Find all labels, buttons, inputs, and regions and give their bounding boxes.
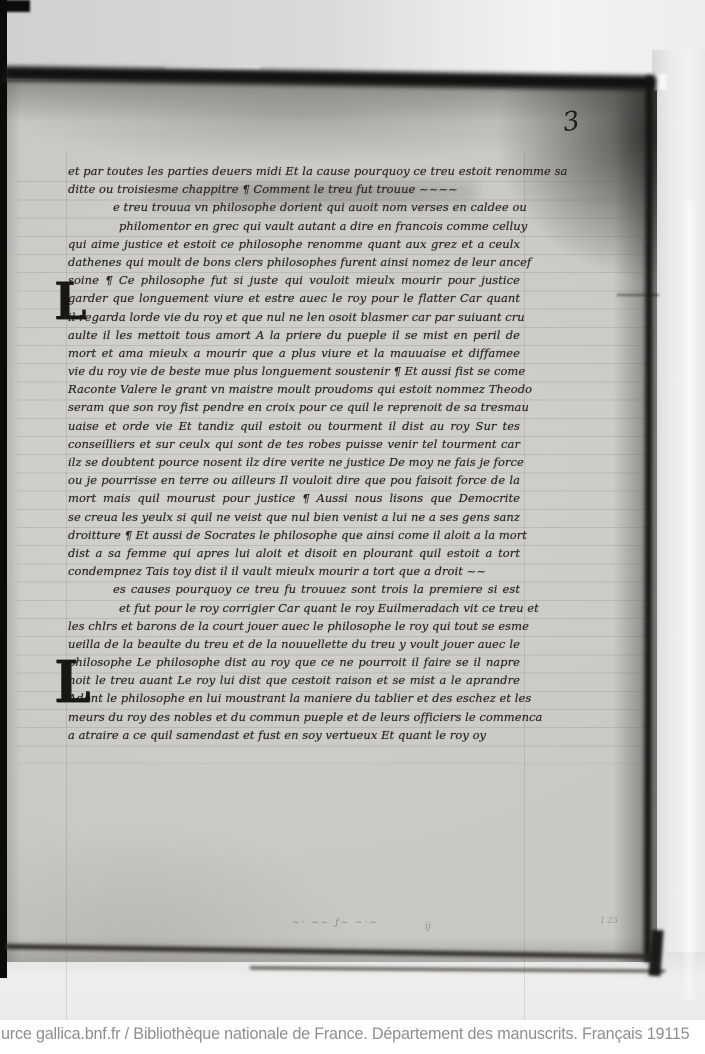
- gallica-caption-bar: urce gallica.bnf.fr / Bibliothèque natio…: [0, 1020, 705, 1054]
- page-crease: [617, 294, 659, 296]
- manuscript-line: les chlrs et barons de la court jouer au…: [68, 619, 520, 637]
- backdrop-highlight: [686, 200, 693, 1000]
- manuscript-line: vie du roy vie de beste mue plus longuem…: [68, 364, 520, 382]
- manuscript-line: e treu trouua vn philosophe dorient qui …: [68, 200, 520, 218]
- margin-rule-right: [524, 150, 525, 1020]
- backdrop-bottom: [0, 952, 705, 1020]
- manuscript-line: mort mais quil mourust pour justice ¶ Au…: [68, 491, 520, 509]
- manuscript-line: Adont le philosophe en lui moustrant la …: [68, 691, 520, 709]
- manuscript-line: uaise et orde vie Et tandiz quil estoit …: [68, 419, 520, 437]
- parchment-page: 3 et par toutes les parties deuers midi …: [7, 80, 657, 962]
- illuminated-initial: L: [54, 648, 91, 716]
- corner-mark: 1 23: [600, 916, 618, 925]
- backdrop-right: [652, 50, 705, 970]
- gallica-source-caption: urce gallica.bnf.fr / Bibliothèque natio…: [1, 1024, 689, 1044]
- manuscript-line: meurs du roy des nobles et du commun pue…: [68, 710, 520, 728]
- binding-gutter-shadow: [0, 0, 7, 978]
- manuscript-line: es causes pourquoy ce treu fu trouuez so…: [68, 582, 520, 600]
- manuscript-line: noit le treu auant Le roy lui dist que c…: [68, 673, 520, 691]
- manuscript-line: se creua les yeulx si quil ne veist que …: [68, 510, 520, 528]
- manuscript-line: philosophe Le philosophe dist au roy que…: [68, 655, 520, 673]
- manuscript-line: droitture ¶ Et aussi de Socrates le phil…: [68, 528, 520, 546]
- manuscript-line: ou je pourrisse en terre ou ailleurs Il …: [68, 473, 520, 491]
- manuscript-line: aulte il les mettoit tous amort A la pri…: [68, 328, 520, 346]
- manuscript-line: philomentor en grec qui vault autant a d…: [68, 219, 520, 237]
- manuscript-line: qui aime justice et estoit ce philosophe…: [68, 237, 520, 255]
- folio-number: 3: [561, 104, 595, 138]
- manuscript-line: il regarda lorde vie du roy et que nul n…: [68, 310, 520, 328]
- manuscript-line: a atraire a ce quil samendast et fust en…: [68, 728, 520, 746]
- pen-trial-scribble: ~· ~~ ƒ~ ~·~: [292, 918, 379, 928]
- manuscript-line: ditte ou troisiesme chappitre ¶ Comment …: [68, 182, 520, 200]
- manuscript-line: soine ¶ Ce philosophe fut si juste qui v…: [68, 273, 520, 291]
- manuscript-line: ilz se doubtent pource nosent ilz dire v…: [68, 455, 520, 473]
- manuscript-line: condempnez Tais toy dist il il vault mie…: [68, 564, 520, 582]
- manuscript-line: dist a sa femme qui apres lui aloit et d…: [68, 546, 520, 564]
- manuscript-line: Raconte Valere le grant vn maistre moult…: [68, 382, 520, 400]
- manuscript-line: ueilla de la beaulte du treu et de la no…: [68, 637, 520, 655]
- illuminated-initial: L: [54, 271, 86, 331]
- manuscript-line: seram que son roy fist pendre en croix p…: [68, 400, 520, 418]
- manuscript-line: garder que longuement viure et estre aue…: [68, 291, 520, 309]
- manuscript-line: et fut pour le roy corrigier Car quant l…: [68, 601, 520, 619]
- manuscript-scan-view: 3 et par toutes les parties deuers midi …: [0, 0, 705, 1054]
- manuscript-line: et par toutes les parties deuers midi Et…: [68, 164, 520, 182]
- manuscript-line: mort et ama mieulx a mourir que a plus v…: [68, 346, 520, 364]
- text-block: et par toutes les parties deuers midi Et…: [68, 164, 520, 746]
- quire-mark: ij: [425, 922, 431, 932]
- manuscript-line: conseilliers et sur ceulx qui sont de te…: [68, 437, 520, 455]
- manuscript-line: dathenes qui moult de bons clers philoso…: [68, 255, 520, 273]
- photo-corner-shadow: [0, 0, 30, 12]
- photograph: 3 et par toutes les parties deuers midi …: [0, 0, 705, 1020]
